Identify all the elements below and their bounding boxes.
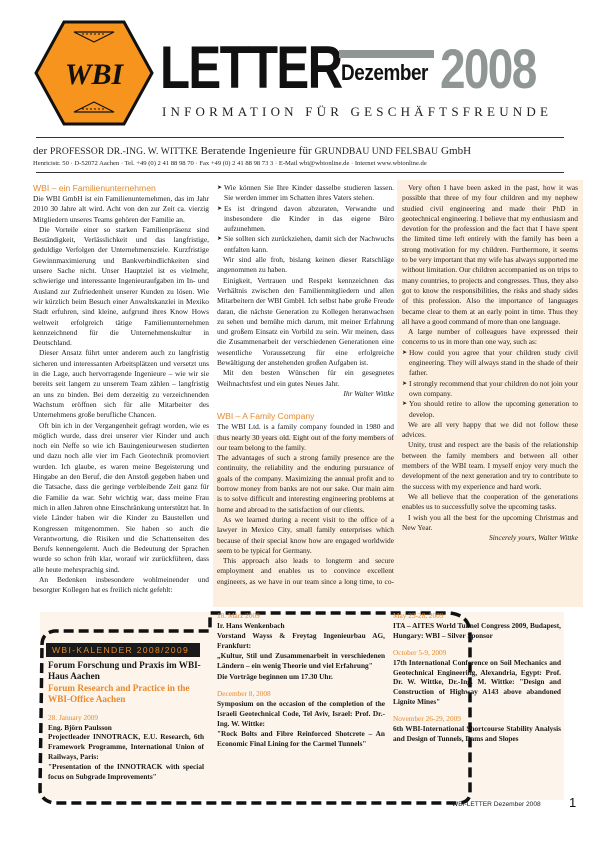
event-description: 17th International Conference on Soil Me… — [393, 658, 561, 708]
event-affiliation: Projectleader INNOTRACK, E.U. Research, … — [48, 732, 204, 762]
paragraph: We are all very happy that we did not fo… — [402, 420, 578, 441]
company-name-prefix: der — [33, 145, 50, 157]
event-description: ITA – AITES World Tunnel Congress 2009, … — [393, 621, 561, 641]
forum-title-de: Forum Forschung und Praxis im WBI-Haus A… — [48, 660, 204, 683]
company-name-field: GRUNDBAU UND FELSBAU — [315, 146, 439, 157]
paragraph: The advantages of such a strong family p… — [217, 453, 394, 515]
paragraph: Dieser Ansatz führt unter anderem auch z… — [33, 348, 209, 420]
calendar-col1: Forum Forschung und Praxis im WBI-Haus A… — [48, 660, 204, 782]
paragraph: This approach also leads to longterm and… — [217, 556, 394, 587]
german-signature: Ihr Walter Wittke — [217, 389, 394, 399]
event-date: October 5-9, 2009 — [393, 648, 561, 658]
list-item: ➤You should retire to allow the upcoming… — [402, 399, 578, 420]
event-title: "Presentation of the INNOTRACK with spec… — [48, 762, 204, 782]
paragraph: An Bedenken insbesondere wohlmeinender u… — [33, 575, 209, 596]
company-name: der PROFESSOR DR.-ING. W. WITTKE Beraten… — [33, 145, 471, 157]
paragraph: As we learned during a recent visit to t… — [217, 515, 394, 556]
english-article-heading: WBI – A Family Company — [217, 411, 394, 422]
paragraph: Die WBI GmbH ist ein Familienunternehmen… — [33, 194, 209, 225]
english-signature: Sincerely yours, Walter Wittke — [402, 533, 578, 543]
german-bullet-list: ➤Wie können Sie Ihre Kinder dasselbe stu… — [217, 183, 394, 255]
footer-label: WBI-LETTER Dezember 2008 — [452, 801, 541, 808]
event-description: Symposium on the occasion of the complet… — [217, 699, 385, 729]
company-address: Henricistr. 50 · D-52072 Aachen · Tel. +… — [33, 160, 427, 167]
english-bullet-list: ➤How could you agree that your children … — [402, 348, 578, 420]
paragraph: Die Vorteile einer so starken Familienpr… — [33, 225, 209, 349]
company-name-principal: PROFESSOR DR.-ING. W. WITTKE — [50, 146, 198, 157]
arrow-bullet-icon: ➤ — [217, 234, 222, 244]
german-article-col1: WBI – ein Familienunternehmen Die WBI Gm… — [33, 183, 209, 596]
calendar-col2: 18. März 2009 Ir. Hans Wenkenbach Vorsta… — [217, 611, 385, 749]
paragraph: The WBI Ltd. is a family company founded… — [217, 422, 394, 453]
event-date: December 8, 2008 — [217, 689, 385, 699]
issue-month: Dezember — [341, 60, 428, 86]
event-description: 6th WBI-International Shortcourse Stabil… — [393, 724, 561, 744]
list-item: ➤How could you agree that your children … — [402, 348, 578, 379]
wbi-logo: WBI — [34, 20, 154, 126]
paragraph: We all believe that the cooperation of t… — [402, 492, 578, 513]
calendar-col3: May 23-28, 2009 ITA – AITES World Tunnel… — [393, 611, 561, 744]
company-name-middle: Beratende Ingenieure für — [198, 145, 315, 157]
arrow-bullet-icon: ➤ — [217, 204, 222, 214]
arrow-bullet-icon: ➤ — [402, 399, 407, 409]
paragraph: Einigkeit, Vertrauen und Respekt kennzei… — [217, 276, 394, 369]
event-note: Die Vorträge beginnen um 17.30 Uhr. — [217, 672, 385, 682]
bullet-text: Sie sollten sich zurückziehen, damit sic… — [224, 234, 394, 253]
bullet-text: Wie können Sie Ihre Kinder dasselbe stud… — [224, 183, 394, 202]
bullet-text: You should retire to allow the upcoming … — [409, 399, 578, 418]
list-item: ➤Sie sollten sich zurückziehen, damit si… — [217, 234, 394, 255]
event-speaker: Eng. Björn Paulsson — [48, 723, 204, 733]
paragraph: I wish you all the best for the upcoming… — [402, 513, 578, 534]
arrow-bullet-icon: ➤ — [402, 348, 407, 358]
bullet-text: Es ist dringend davon abzuraten, Verwand… — [224, 204, 394, 234]
issue-year: 2008 — [440, 36, 536, 101]
english-article-col3: Very often I have been asked in the past… — [402, 183, 578, 543]
paragraph: Mit den besten Wünschen für ein gesegnet… — [217, 368, 394, 389]
company-name-suffix: GmbH — [438, 145, 471, 157]
forum-title-en: Forum Research and Practice in the WBI-O… — [48, 683, 204, 706]
event-date: 28. January 2009 — [48, 713, 204, 723]
paragraph: Oft bin ich in der Vergangenheit gefragt… — [33, 421, 209, 575]
newsletter-subtitle: INFORMATION FÜR GESCHÄFTSFREUNDE — [162, 104, 552, 120]
event-affiliation: Vorstand Wayss & Freytag Ingenieurbau AG… — [217, 631, 385, 651]
header-rule — [36, 137, 564, 138]
german-article-heading: WBI – ein Familienunternehmen — [33, 183, 209, 194]
arrow-bullet-icon: ➤ — [217, 183, 222, 193]
event-title: „Kultur, Stil und Zusammenarbeit in vers… — [217, 651, 385, 671]
paragraph: Very often I have been asked in the past… — [402, 183, 578, 327]
paragraph: A large number of colleagues have expres… — [402, 327, 578, 348]
event-date: May 23-28, 2009 — [393, 611, 561, 621]
bullet-text: I strongly recommend that your children … — [409, 379, 578, 398]
title-divider-bar — [339, 50, 434, 58]
event-date: November 26-29, 2009 — [393, 714, 561, 724]
list-item: ➤Wie können Sie Ihre Kinder dasselbe stu… — [217, 183, 394, 204]
paragraph: Unity, trust and respect are the basis o… — [402, 440, 578, 491]
event-speaker: Ir. Hans Wenkenbach — [217, 621, 385, 631]
arrow-bullet-icon: ➤ — [402, 379, 407, 389]
address-rule — [36, 172, 564, 173]
hexagon-logo-icon: WBI — [34, 20, 154, 126]
event-date: 18. März 2009 — [217, 611, 385, 621]
paragraph: Wir sind alle froh, bislang keinen diese… — [217, 255, 394, 276]
list-item: ➤I strongly recommend that your children… — [402, 379, 578, 400]
german-article-col2: ➤Wie können Sie Ihre Kinder dasselbe stu… — [217, 183, 394, 587]
list-item: ➤Es ist dringend davon abzuraten, Verwan… — [217, 204, 394, 235]
event-title: "Rock Bolts and Fibre Reinforced Shotcre… — [217, 729, 385, 749]
bullet-text: How could you agree that your children s… — [409, 348, 578, 378]
svg-text:WBI: WBI — [65, 58, 125, 91]
page-number: 1 — [569, 795, 576, 810]
newsletter-title: LETTER — [160, 38, 341, 98]
calendar-title: WBI-KALENDER 2008/2009 — [46, 643, 200, 657]
